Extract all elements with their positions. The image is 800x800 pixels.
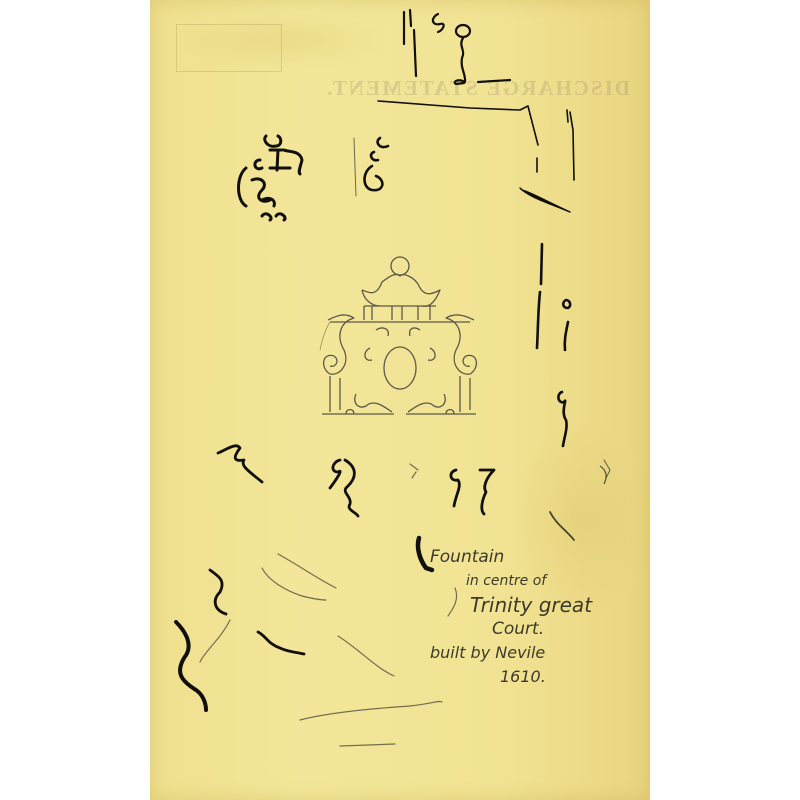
ink-glyph-top bbox=[404, 10, 510, 84]
caption-line: Fountain bbox=[430, 545, 650, 569]
fountain-drawing bbox=[320, 257, 476, 414]
caption-line: Trinity great bbox=[470, 593, 650, 617]
ink-bracket bbox=[378, 101, 574, 180]
ink-ornament-right bbox=[365, 138, 389, 190]
caption-line: 1610. bbox=[500, 665, 650, 689]
caption-line: Court. bbox=[492, 617, 650, 641]
ink-right-column bbox=[537, 244, 570, 446]
caption-line: built by Nevile bbox=[430, 641, 650, 665]
ink-blade-stroke bbox=[520, 188, 570, 212]
pencil-tick bbox=[600, 466, 606, 484]
pencil-line bbox=[354, 138, 356, 196]
sketch-canvas bbox=[0, 0, 800, 800]
handwritten-caption: Fountain in centre of Trinity great Cour… bbox=[430, 545, 650, 689]
caption-line: in centre of bbox=[466, 569, 650, 593]
ink-ornament-left bbox=[239, 136, 303, 220]
